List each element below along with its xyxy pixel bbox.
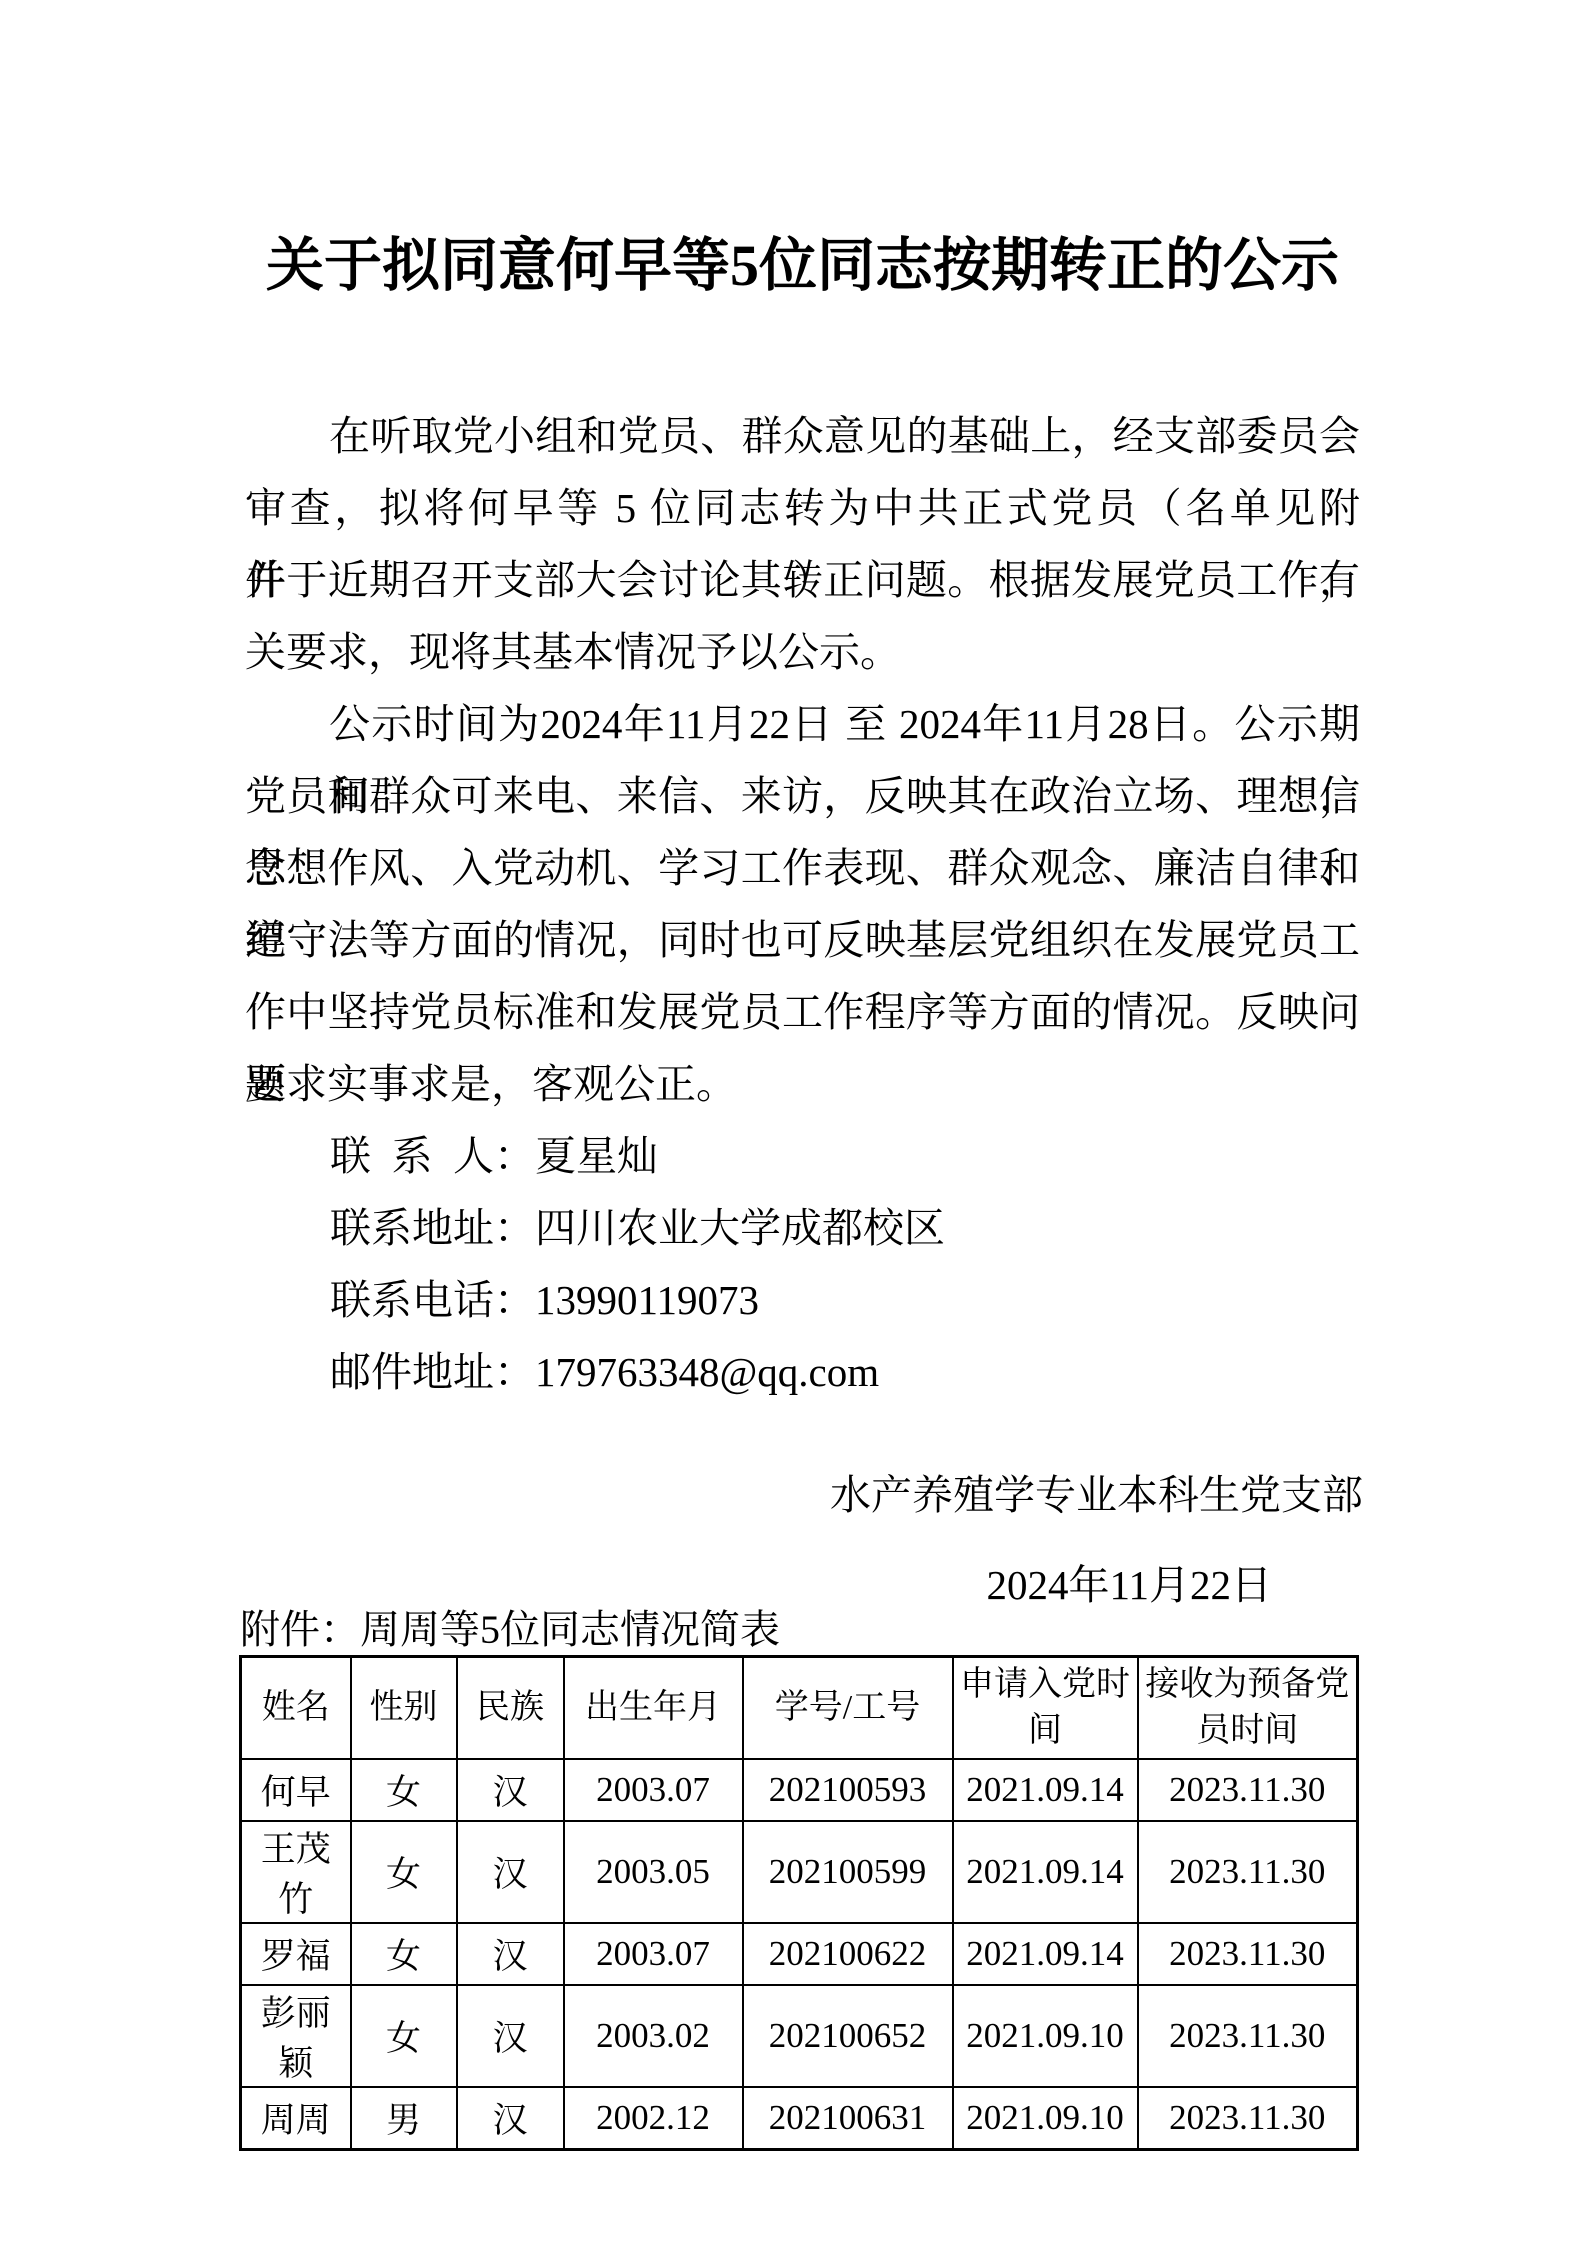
signature-org: 水产养殖学专业本科生党支部	[830, 1462, 1363, 1521]
table-cell: 何早	[241, 1759, 351, 1821]
table-header-cell: 学号/工号	[743, 1657, 953, 1760]
table-cell: 202100593	[743, 1759, 953, 1821]
table-cell: 2021.09.10	[953, 2087, 1138, 2150]
table-row: 何早女汉2003.072021005932021.09.142023.11.30	[241, 1759, 1358, 1821]
body-line: 审查，拟将何早等 5 位同志转为中共正式党员（名单见附件），	[245, 472, 1360, 544]
table-cell: 女	[351, 1759, 457, 1821]
table-body: 何早女汉2003.072021005932021.09.142023.11.30…	[241, 1759, 1358, 2150]
table-cell: 2021.09.14	[953, 1821, 1138, 1923]
table-cell: 汉	[457, 1821, 564, 1923]
table-row: 罗福女汉2003.072021006222021.09.142023.11.30	[241, 1923, 1358, 1985]
table-cell: 2023.11.30	[1138, 1923, 1358, 1985]
table-cell: 2021.09.14	[953, 1923, 1138, 1985]
table-header-cell: 接收为预备党员时间	[1138, 1657, 1358, 1760]
signature-date: 2024年11月22日	[987, 1552, 1272, 1611]
contact-line: 联 系 人：夏星灿	[245, 1120, 1360, 1192]
contact-line: 联系电话：13990119073	[245, 1264, 1360, 1336]
table-cell: 汉	[457, 1985, 564, 2087]
table-cell: 2003.02	[564, 1985, 743, 2087]
table-cell: 202100631	[743, 2087, 953, 2150]
table-header-cell: 性别	[351, 1657, 457, 1760]
body-line: 公示时间为2024年11月22日 至 2024年11月28日。公示期间，	[245, 688, 1360, 760]
table-cell: 2023.11.30	[1138, 2087, 1358, 2150]
table-header-cell: 申请入党时间	[953, 1657, 1138, 1760]
table-cell: 男	[351, 2087, 457, 2150]
table-cell: 2002.12	[564, 2087, 743, 2150]
body-line: 作中坚持党员标准和发展党员工作程序等方面的情况。反映问题	[245, 976, 1360, 1048]
table-cell: 2021.09.10	[953, 1985, 1138, 2087]
table-cell: 彭丽颖	[241, 1985, 351, 2087]
text-flow: 在听取党小组和党员、群众意见的基础上，经支部委员会审查，拟将何早等 5 位同志转…	[245, 400, 1360, 1408]
table-cell: 2003.07	[564, 1923, 743, 1985]
table-cell: 2021.09.14	[953, 1759, 1138, 1821]
table-cell: 202100652	[743, 1985, 953, 2087]
attachment-label: 附件：周周等5位同志情况简表	[240, 1598, 780, 1655]
body-line: 在听取党小组和党员、群众意见的基础上，经支部委员会	[245, 400, 1360, 472]
table-cell: 2023.11.30	[1138, 1821, 1358, 1923]
contact-line: 联系地址：四川农业大学成都校区	[245, 1192, 1360, 1264]
table-cell: 2023.11.30	[1138, 1985, 1358, 2087]
body-line: 党员和群众可来电、来信、来访，反映其在政治立场、理想信念、	[245, 760, 1360, 832]
table-cell: 女	[351, 1821, 457, 1923]
table-cell: 2023.11.30	[1138, 1759, 1358, 1821]
body-line: 思想作风、入党动机、学习工作表现、群众观念、廉洁自律和遵	[245, 832, 1360, 904]
table-cell: 女	[351, 1985, 457, 2087]
table-header-cell: 出生年月	[564, 1657, 743, 1760]
table-cell: 202100599	[743, 1821, 953, 1923]
roster-table: 姓名性别民族出生年月学号/工号申请入党时间接收为预备党员时间 何早女汉2003.…	[239, 1655, 1359, 2151]
table-cell: 周周	[241, 2087, 351, 2150]
table-cell: 汉	[457, 1923, 564, 1985]
document-page: 关于拟同意何早等5位同志按期转正的公示 在听取党小组和党员、群众意见的基础上，经…	[0, 0, 1586, 2245]
body-line: 关要求，现将其基本情况予以公示。	[245, 616, 1360, 688]
table-cell: 罗福	[241, 1923, 351, 1985]
table-header-cell: 姓名	[241, 1657, 351, 1760]
table-cell: 2003.05	[564, 1821, 743, 1923]
table-row: 彭丽颖女汉2003.022021006522021.09.102023.11.3…	[241, 1985, 1358, 2087]
table-cell: 汉	[457, 2087, 564, 2150]
table-header-row: 姓名性别民族出生年月学号/工号申请入党时间接收为预备党员时间	[241, 1657, 1358, 1760]
table-cell: 2003.07	[564, 1759, 743, 1821]
page-title: 关于拟同意何早等5位同志按期转正的公示	[245, 218, 1360, 302]
table-cell: 女	[351, 1923, 457, 1985]
body-line: 纪守法等方面的情况，同时也可反映基层党组织在发展党员工	[245, 904, 1360, 976]
table-cell: 202100622	[743, 1923, 953, 1985]
table-cell: 汉	[457, 1759, 564, 1821]
body-line: 并于近期召开支部大会讨论其转正问题。根据发展党员工作有	[245, 544, 1360, 616]
contact-line: 邮件地址：179763348@qq.com	[245, 1336, 1360, 1408]
table-row: 王茂竹女汉2003.052021005992021.09.142023.11.3…	[241, 1821, 1358, 1923]
table-row: 周周男汉2002.122021006312021.09.102023.11.30	[241, 2087, 1358, 2150]
body-line: 要求实事求是，客观公正。	[245, 1048, 1360, 1120]
table-cell: 王茂竹	[241, 1821, 351, 1923]
table-header-cell: 民族	[457, 1657, 564, 1760]
